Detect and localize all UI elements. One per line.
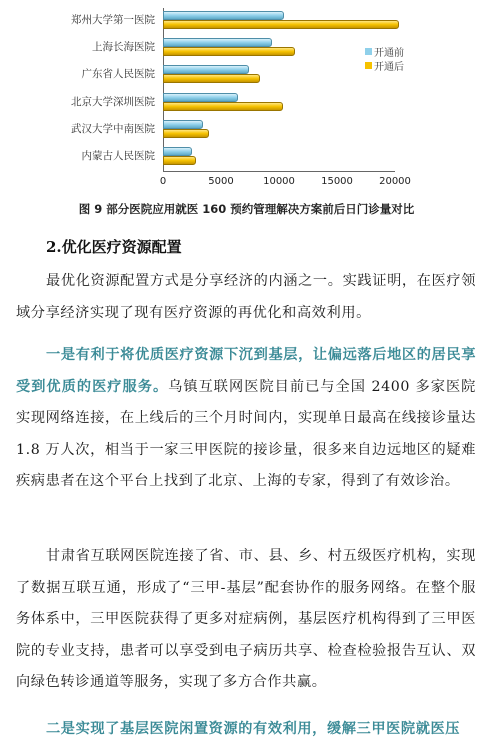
bar-after bbox=[163, 47, 295, 56]
x-tick-label: 10000 bbox=[263, 176, 295, 187]
x-tick-label: 5000 bbox=[208, 176, 233, 187]
legend-label-after: 开通后 bbox=[374, 58, 404, 73]
x-tick-label: 20000 bbox=[379, 176, 411, 187]
bar-before bbox=[163, 38, 272, 47]
paragraph-4-highlight: 二是实现了基层医院闲置资源的有效利用，缓解三甲医院就医压 bbox=[46, 721, 460, 737]
bar-before bbox=[163, 93, 238, 102]
legend-item-before: 开通前 bbox=[365, 44, 404, 58]
bar-before bbox=[163, 65, 249, 74]
paragraph-1: 最优化资源配置方式是分享经济的内涵之一。实践证明，在医疗领域分享经济实现了现有医… bbox=[16, 266, 476, 329]
category-label: 北京大学深圳医院 bbox=[5, 94, 155, 109]
bar-after bbox=[163, 102, 283, 111]
legend-swatch-after bbox=[365, 62, 372, 69]
paragraph-3: 甘肃省互联网医院连接了省、市、县、乡、村五级医疗机构，实现了数据互联互通，形成了… bbox=[16, 541, 476, 699]
category-label: 武汉大学中南医院 bbox=[5, 121, 155, 136]
x-axis bbox=[163, 171, 395, 172]
bar-after bbox=[163, 156, 196, 165]
paragraph-1-text: 最优化资源配置方式是分享经济的内涵之一。实践证明，在医疗领域分享经济实现了现有医… bbox=[16, 273, 476, 321]
legend-item-after: 开通后 bbox=[365, 58, 404, 72]
figure-caption: 图 9 部分医院应用就医 160 预约管理解决方案前后日门诊量对比 bbox=[0, 201, 493, 217]
paragraph-2-text: 乌镇互联网医院目前已与全国 2400 多家医院实现网络连接，在上线后的三个月时间… bbox=[16, 379, 476, 490]
category-label: 广东省人民医院 bbox=[5, 66, 155, 81]
paragraph-3-text: 甘肃省互联网医院连接了省、市、县、乡、村五级医疗机构，实现了数据互联互通，形成了… bbox=[16, 548, 476, 690]
bar-after bbox=[163, 74, 260, 83]
chart-legend: 开通前 开通后 bbox=[365, 44, 404, 72]
bar-before bbox=[163, 11, 284, 20]
legend-label-before: 开通前 bbox=[374, 44, 404, 59]
x-tick-label: 15000 bbox=[321, 176, 353, 187]
bar-before bbox=[163, 147, 192, 156]
section-heading: 2.优化医疗资源配置 bbox=[46, 236, 182, 257]
category-label: 上海长海医院 bbox=[5, 39, 155, 54]
bar-before bbox=[163, 120, 203, 129]
category-label: 郑州大学第一医院 bbox=[5, 12, 155, 27]
category-label: 内蒙古人民医院 bbox=[5, 148, 155, 163]
bar-chart: 开通前 开通后 郑州大学第一医院上海长海医院广东省人民医院北京大学深圳医院武汉大… bbox=[0, 0, 493, 195]
bar-after bbox=[163, 129, 209, 138]
x-tick-label: 0 bbox=[160, 176, 166, 187]
legend-swatch-before bbox=[365, 48, 372, 55]
paragraph-4: 二是实现了基层医院闲置资源的有效利用，缓解三甲医院就医压 bbox=[16, 714, 476, 746]
paragraph-2: 一是有利于将优质医疗资源下沉到基层，让偏远落后地区的居民享受到优质的医疗服务。乌… bbox=[16, 340, 476, 498]
bar-after bbox=[163, 20, 399, 29]
